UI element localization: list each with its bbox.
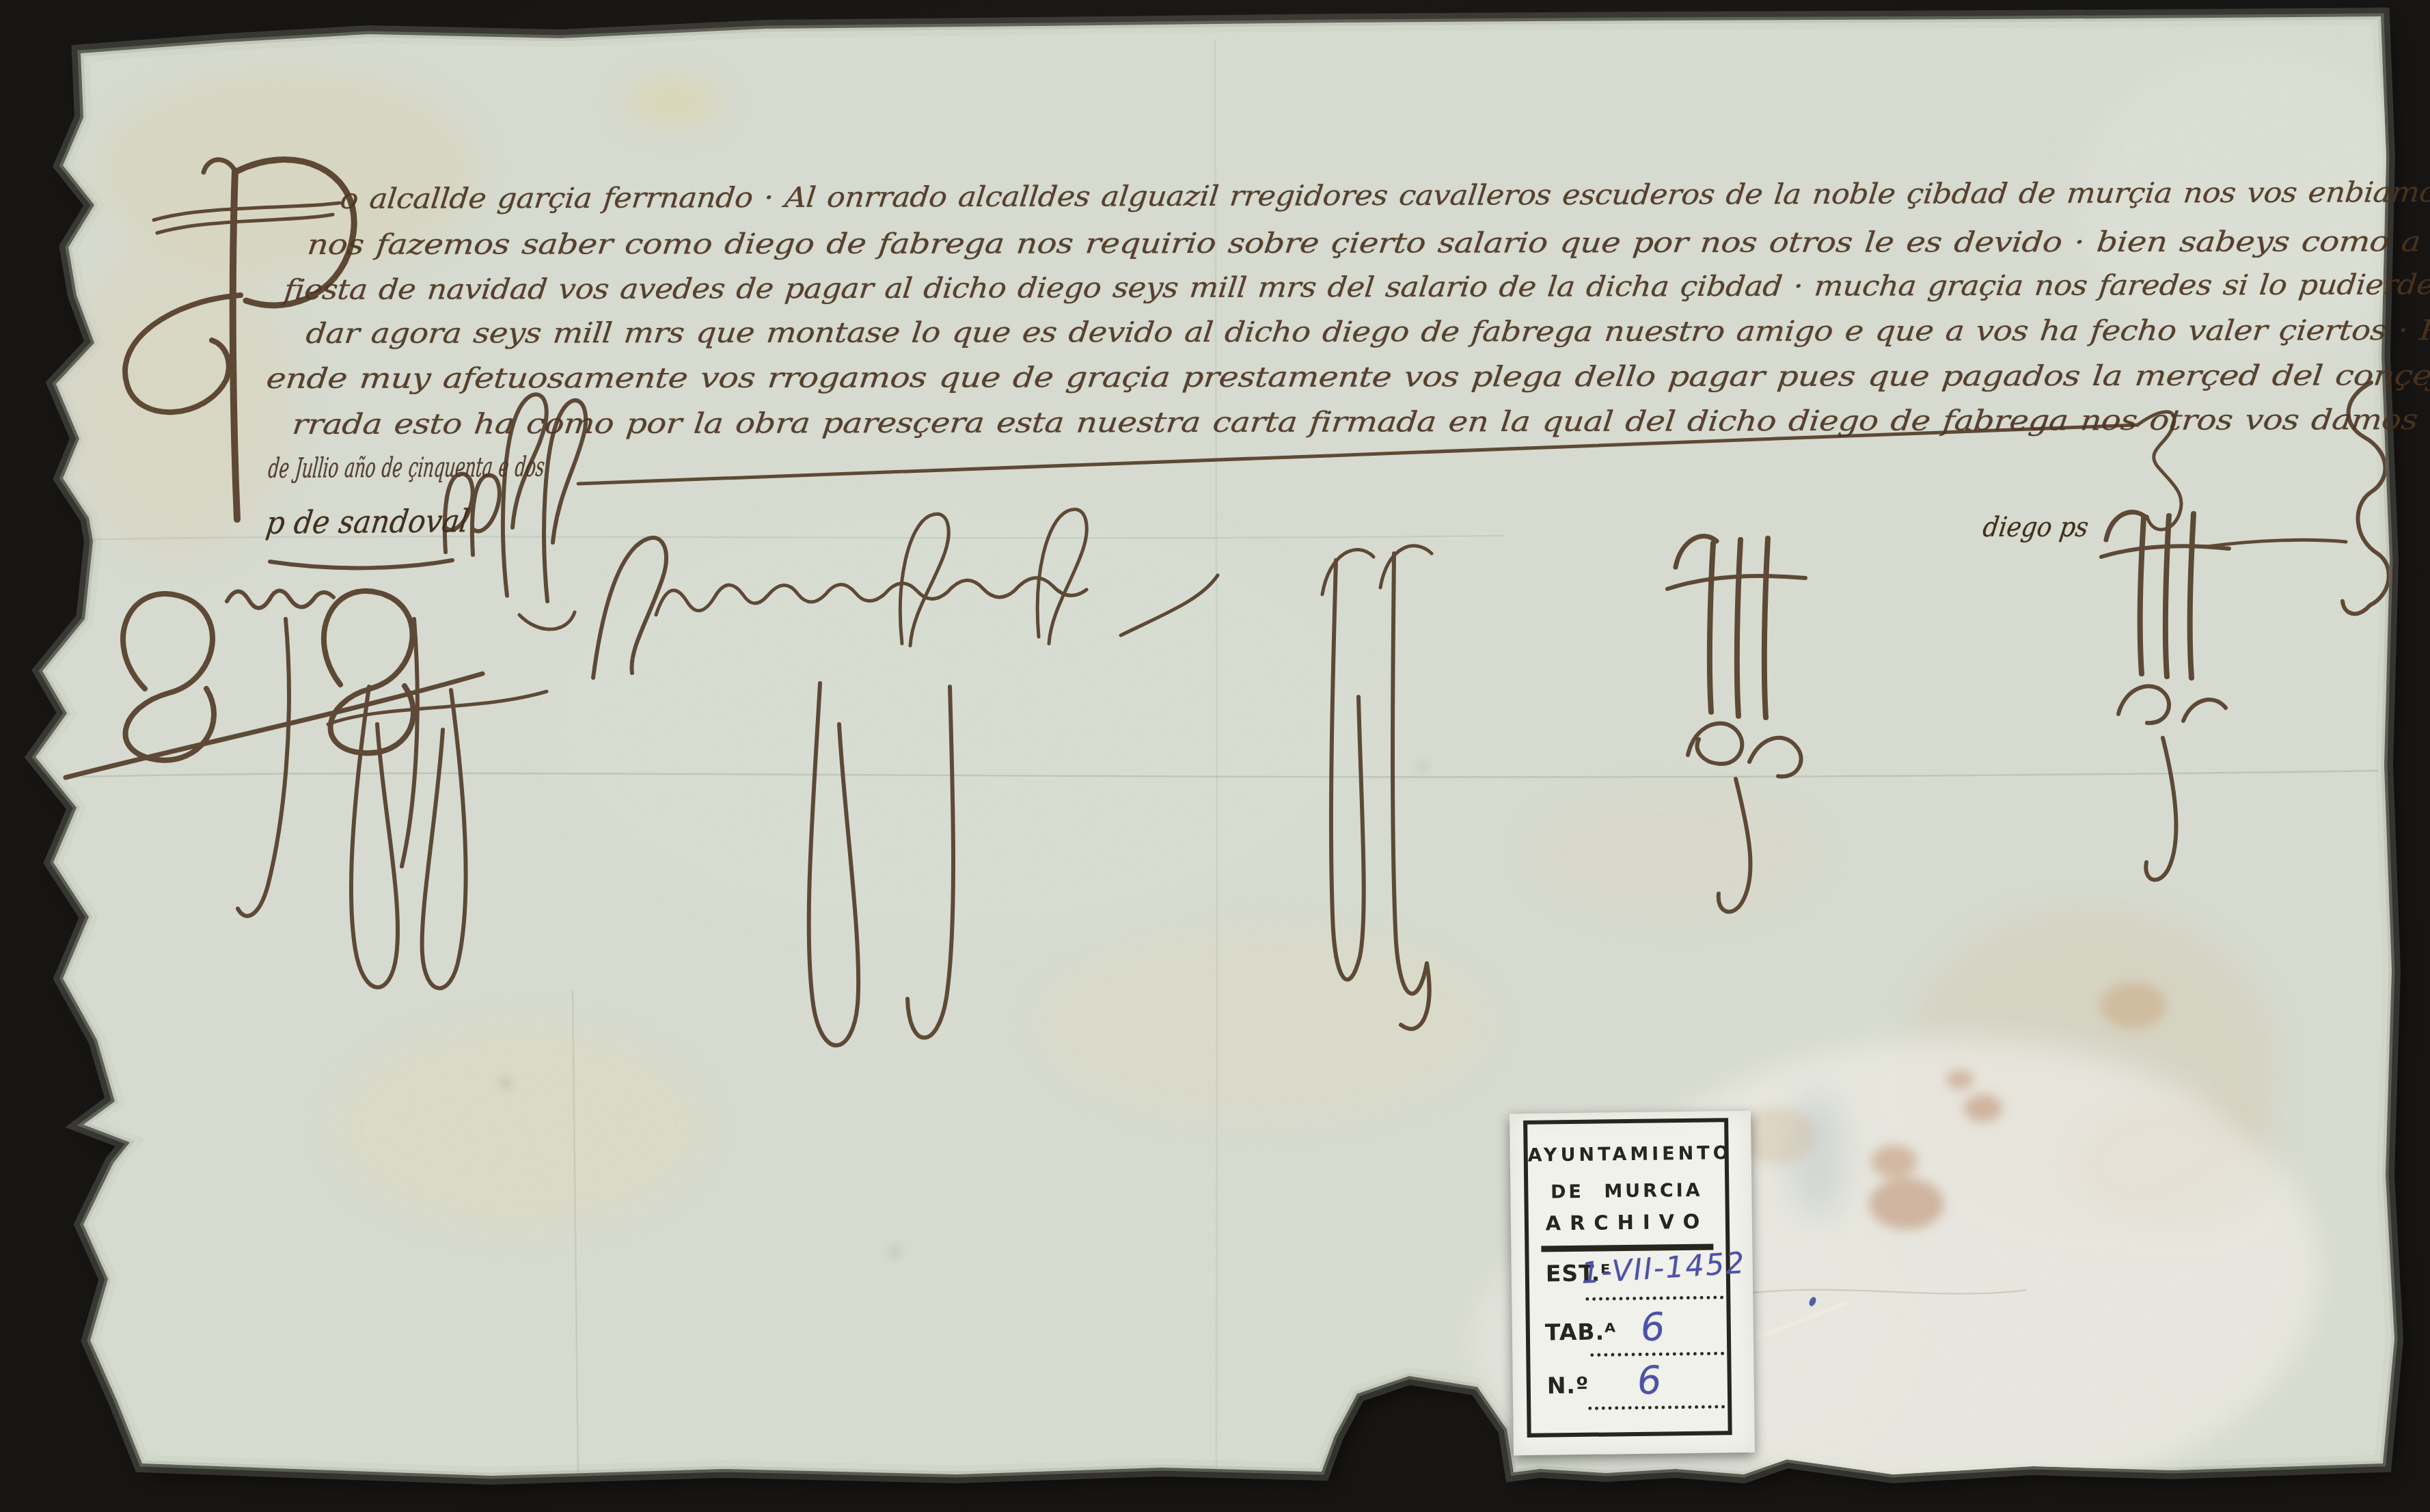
archive-stamp-border: AYUNTAMIENTO DE MURCIA ARCHIVO EST.ᴱ 1-V…	[1523, 1118, 1732, 1438]
signature-name-right: diego ps	[1981, 514, 2090, 541]
manuscript-line-1: o alcallde garçia ferrnando · Al onrrado…	[339, 178, 2430, 213]
archive-stamp: AYUNTAMIENTO DE MURCIA ARCHIVO EST.ᴱ 1-V…	[1510, 1111, 1755, 1455]
manuscript-line-4: dar agora seys mill mrs que montase lo q…	[305, 316, 2430, 348]
manuscript-line-5: ende muy afetuosamente vos rrogamos que …	[265, 361, 2430, 393]
stamp-dotted-line-num	[1588, 1405, 1725, 1410]
stamp-field-value-tab: 6	[1639, 1308, 1667, 1347]
stamp-dotted-line-tab	[1590, 1351, 1724, 1356]
manuscript-line-6: rrada esto ha como por la obra paresçera…	[291, 405, 2430, 439]
signature-name-left: p de sandoval	[264, 505, 471, 538]
stamp-org-line3: ARCHIVO	[1529, 1209, 1725, 1235]
scanned-manuscript-photo: o alcallde garçia ferrnando · Al onrrado…	[0, 0, 2430, 1512]
stamp-org-line1: AYUNTAMIENTO	[1528, 1142, 1725, 1166]
stamp-field-value-num: 6	[1636, 1362, 1664, 1401]
manuscript-line-2: nos fazemos saber como diego de fabrega …	[306, 228, 2430, 259]
stamp-field-label-num: N.º	[1547, 1374, 1589, 1397]
manuscript-date-line: de Jullio año de çinquenta e dos	[267, 454, 546, 482]
stamp-field-value-est: 1-VII-1452	[1581, 1249, 1747, 1289]
stamp-field-label-tab: TAB.ᴬ	[1545, 1320, 1617, 1343]
stamp-dotted-line-est	[1585, 1295, 1723, 1300]
stamp-org-line2: DE MURCIA	[1528, 1179, 1725, 1203]
manuscript-line-3: fiesta de navidad vos avedes de pagar al…	[283, 271, 2430, 304]
